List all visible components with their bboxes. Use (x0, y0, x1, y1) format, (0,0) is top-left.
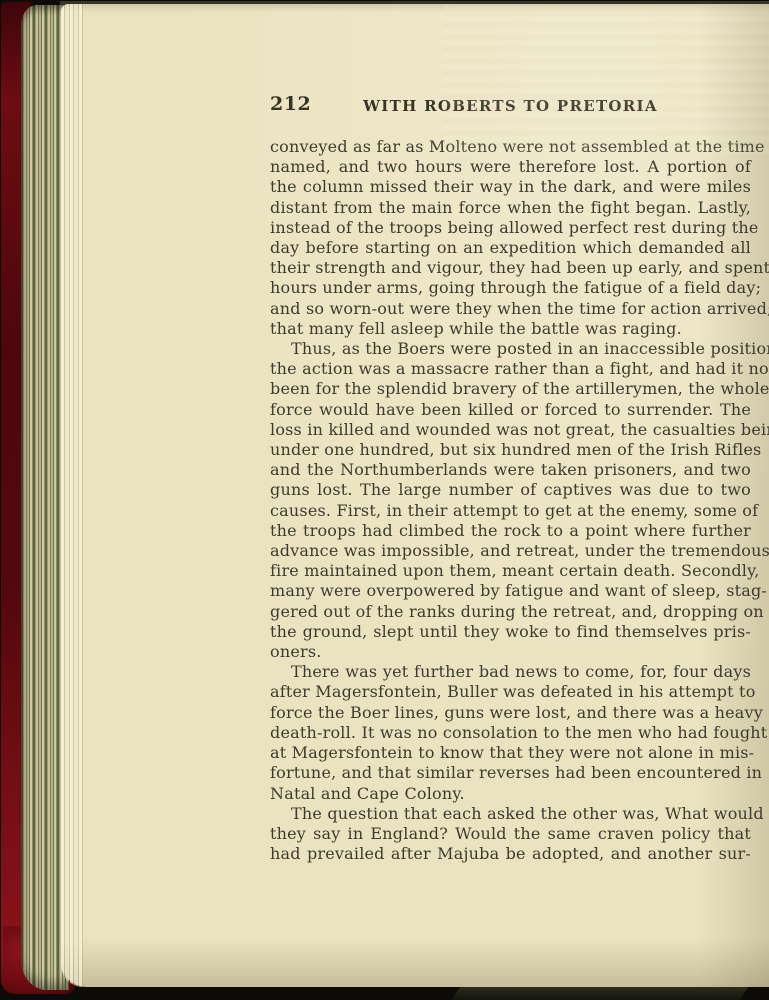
text-line: named, and two hours were therefore lost… (270, 157, 751, 177)
text-line: oners. (270, 642, 751, 662)
text-line: their strength and vigour, they had been… (270, 258, 751, 278)
text-line: loss in killed and wounded was not great… (270, 420, 751, 440)
text-line: advance was impossible, and retreat, und… (270, 541, 751, 561)
text-line: after Magersfontein, Buller was defeated… (270, 682, 751, 702)
text-line: the troops had climbed the rock to a poi… (270, 521, 751, 541)
text-line: causes. First, in their attempt to get a… (270, 501, 751, 521)
text-line: the action was a massacre rather than a … (270, 359, 751, 379)
text-line: they say in England? Would the same crav… (270, 824, 751, 844)
body-text: conveyed as far as Molteno were not asse… (270, 137, 751, 864)
scanned-book-photo: 212 WITH ROBERTS TO PRETORIA conveyed as… (0, 0, 769, 1000)
text-line: at Magersfontein to know that they were … (270, 743, 751, 763)
text-line: the column missed their way in the dark,… (270, 177, 751, 197)
text-line: fortune, and that similar reverses had b… (270, 763, 751, 783)
text-line: under one hundred, but six hundred men o… (270, 440, 751, 460)
text-line: conveyed as far as Molteno were not asse… (270, 137, 751, 157)
text-line: and the Northumberlands were taken priso… (270, 460, 751, 480)
text-line: the ground, slept until they woke to fin… (270, 622, 751, 642)
text-line: had prevailed after Majuba be adopted, a… (270, 844, 751, 864)
text-line: been for the splendid bravery of the art… (270, 379, 751, 399)
text-line: death-roll. It was no consolation to the… (270, 723, 751, 743)
text-line: many were overpowered by fatigue and wan… (270, 581, 751, 601)
text-line: fire maintained upon them, meant certain… (270, 561, 751, 581)
text-line: day before starting on an expedition whi… (270, 238, 751, 258)
text-line: and so worn-out were they when the time … (270, 299, 751, 319)
text-line: Thus, as the Boers were posted in an ina… (270, 339, 751, 359)
text-line: Natal and Cape Colony. (270, 784, 751, 804)
text-line: distant from the main force when the fig… (270, 198, 751, 218)
text-line: force the Boer lines, guns were lost, an… (270, 703, 751, 723)
text-line: The question that each asked the other w… (270, 804, 751, 824)
text-line: guns lost. The large number of captives … (270, 480, 751, 500)
text-line: that many fell asleep while the battle w… (270, 319, 751, 339)
text-line: gered out of the ranks during the retrea… (270, 602, 751, 622)
book-page: 212 WITH ROBERTS TO PRETORIA conveyed as… (61, 4, 769, 987)
text-line: instead of the troops being allowed perf… (270, 218, 751, 238)
text-line: There was yet further bad news to come, … (270, 662, 751, 682)
text-line: force would have been killed or forced t… (270, 400, 751, 420)
desk-shadow (452, 985, 749, 1000)
text-line: hours under arms, going through the fati… (270, 278, 751, 298)
running-head: WITH ROBERTS TO PRETORIA (270, 97, 751, 115)
